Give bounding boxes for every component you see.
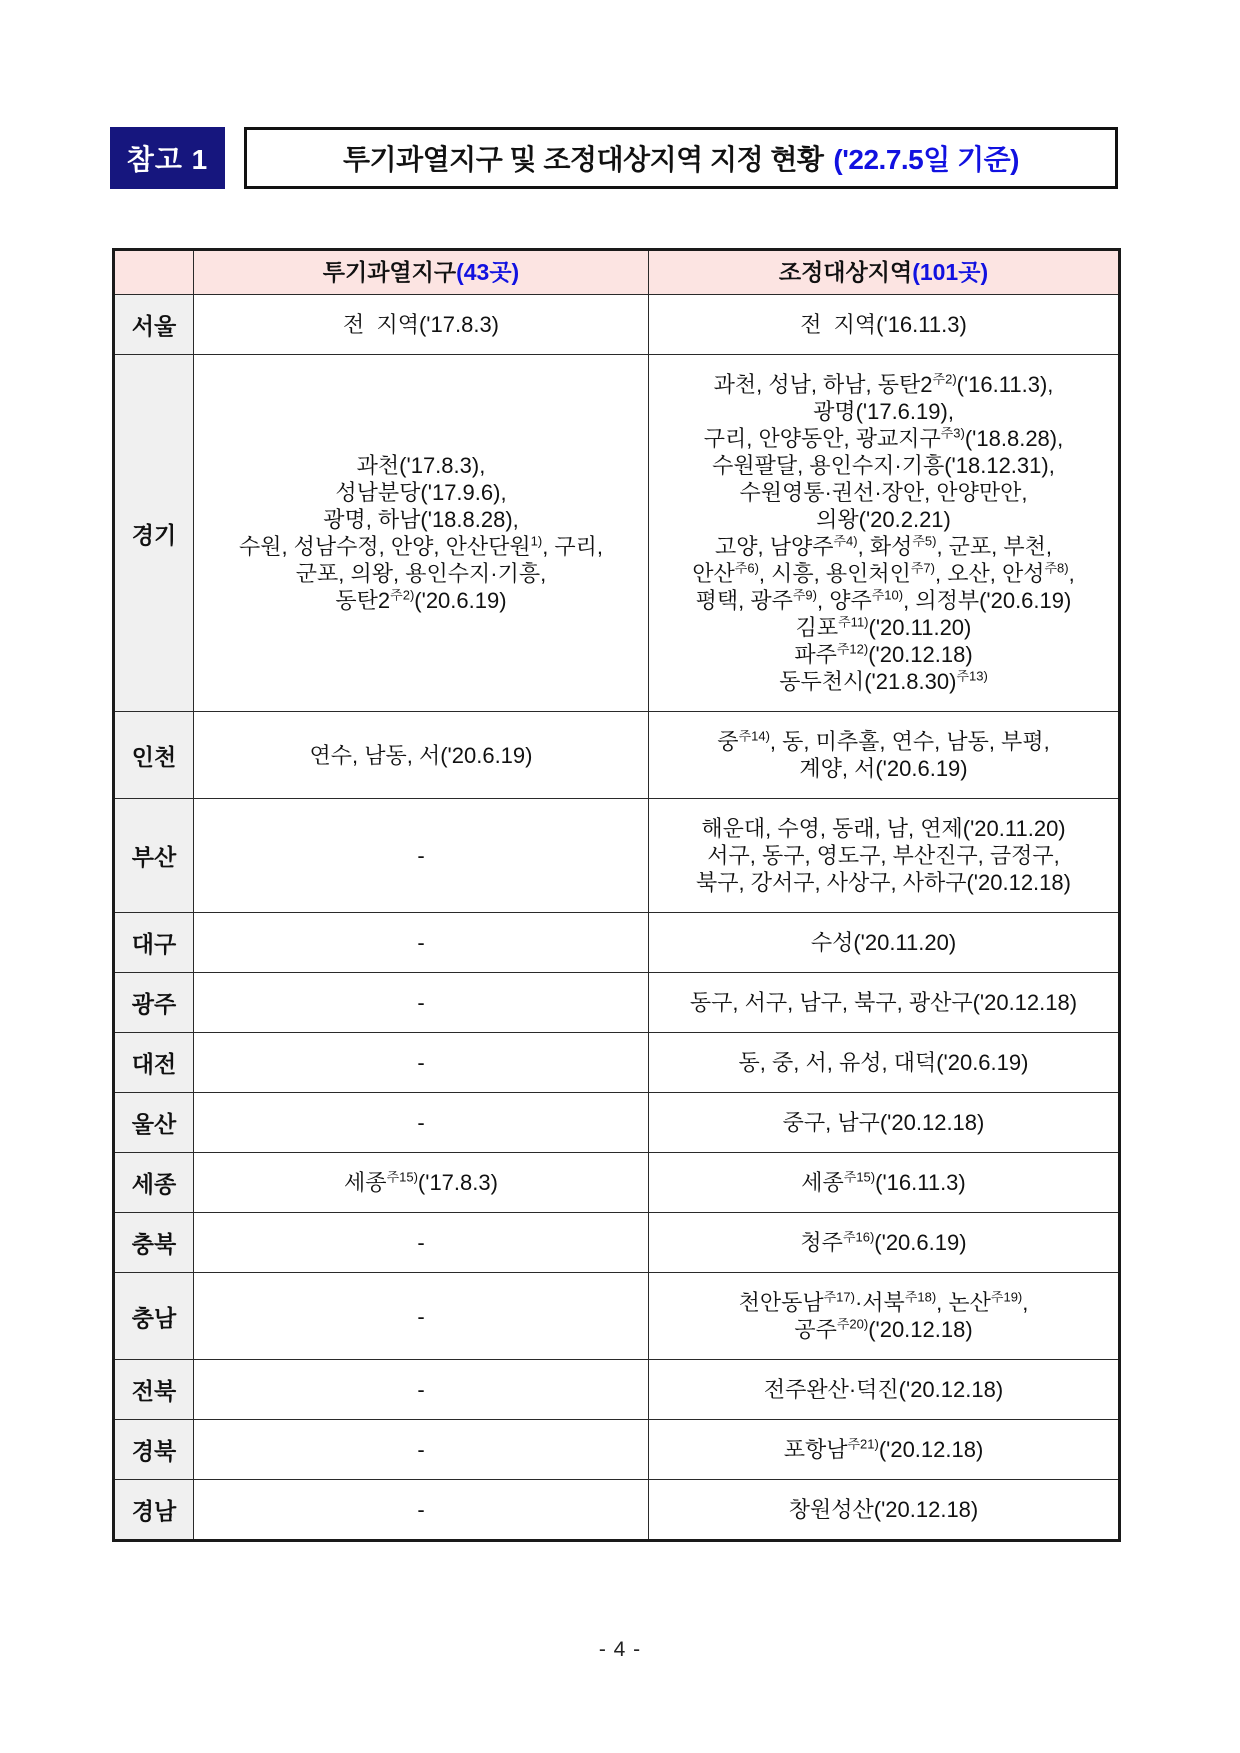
col-header-region: [114, 250, 194, 295]
cell-line: 안산주6), 시흥, 용인처인주7), 오산, 안성주8),: [655, 560, 1112, 587]
cell-line: 계양, 서('20.6.19): [655, 755, 1112, 782]
cell-line: 중구, 남구('20.12.18): [655, 1109, 1112, 1136]
adjustment-cell: 전 지역('16.11.3): [649, 295, 1120, 355]
cell-line: 구리, 안양동안, 광교지구주3)('18.8.28),: [655, 425, 1112, 452]
overheated-cell: 과천('17.8.3),성남분당('17.9.6),광명, 하남('18.8.2…: [194, 355, 649, 712]
table-header-row: 투기과열지구(43곳) 조정대상지역(101곳): [114, 250, 1120, 295]
cell-line: -: [200, 1436, 642, 1463]
overheated-cell: -: [194, 1033, 649, 1093]
table-row: 서울전 지역('17.8.3)전 지역('16.11.3): [114, 295, 1120, 355]
table-row: 인천연수, 남동, 서('20.6.19)중주14), 동, 미추홀, 연수, …: [114, 712, 1120, 799]
document-page: 참고 1 투기과열지구 및 조정대상지역 지정 현황 ('22.7.5일 기준)…: [0, 0, 1240, 1753]
cell-line: 동, 중, 서, 유성, 대덕('20.6.19): [655, 1049, 1112, 1076]
overheated-cell: -: [194, 913, 649, 973]
region-label: 울산: [114, 1093, 194, 1153]
overheated-cell: 연수, 남동, 서('20.6.19): [194, 712, 649, 799]
cell-line: -: [200, 929, 642, 956]
region-label: 충북: [114, 1213, 194, 1273]
cell-line: 과천, 성남, 하남, 동탄2주2)('16.11.3),: [655, 371, 1112, 398]
adjustment-cell: 수성('20.11.20): [649, 913, 1120, 973]
overheated-cell: -: [194, 799, 649, 913]
region-label: 경북: [114, 1420, 194, 1480]
table-body: 서울전 지역('17.8.3)전 지역('16.11.3)경기과천('17.8.…: [114, 295, 1120, 1541]
cell-line: 수원팔달, 용인수지·기흥('18.12.31),: [655, 452, 1112, 479]
cell-line: 수원영통·권선·장안, 안양만안,: [655, 479, 1112, 506]
region-label: 충남: [114, 1273, 194, 1360]
region-label: 경남: [114, 1480, 194, 1541]
table-row: 부산-해운대, 수영, 동래, 남, 연제('20.11.20)서구, 동구, …: [114, 799, 1120, 913]
cell-line: 수원, 성남수정, 안양, 안산단원1), 구리,: [200, 533, 642, 560]
cell-line: -: [200, 1303, 642, 1330]
cell-line: 동두천시('21.8.30)주13): [655, 668, 1112, 695]
cell-line: 파주주12)('20.12.18): [655, 641, 1112, 668]
adjustment-cell: 창원성산('20.12.18): [649, 1480, 1120, 1541]
cell-line: 과천('17.8.3),: [200, 452, 642, 479]
cell-line: 고양, 남양주주4), 화성주5), 군포, 부천,: [655, 533, 1112, 560]
col-header-adjustment-count: (101곳): [912, 259, 988, 285]
cell-line: 연수, 남동, 서('20.6.19): [200, 742, 642, 769]
adjustment-cell: 중구, 남구('20.12.18): [649, 1093, 1120, 1153]
cell-line: 공주주20)('20.12.18): [655, 1316, 1112, 1343]
page-number: - 4 -: [0, 1638, 1240, 1662]
region-label: 부산: [114, 799, 194, 913]
cell-line: 중주14), 동, 미추홀, 연수, 남동, 부평,: [655, 728, 1112, 755]
table-row: 대전-동, 중, 서, 유성, 대덕('20.6.19): [114, 1033, 1120, 1093]
region-label: 대구: [114, 913, 194, 973]
cell-line: -: [200, 842, 642, 869]
overheated-cell: -: [194, 1420, 649, 1480]
cell-line: 서구, 동구, 영도구, 부산진구, 금정구,: [655, 842, 1112, 869]
table-row: 광주-동구, 서구, 남구, 북구, 광산구('20.12.18): [114, 973, 1120, 1033]
cell-line: 창원성산('20.12.18): [655, 1496, 1112, 1523]
cell-line: 전 지역('16.11.3): [655, 311, 1112, 338]
overheated-cell: -: [194, 1273, 649, 1360]
cell-line: -: [200, 1109, 642, 1136]
cell-line: 광명('17.6.19),: [655, 398, 1112, 425]
cell-line: 동구, 서구, 남구, 북구, 광산구('20.12.18): [655, 989, 1112, 1016]
table-row: 전북-전주완산·덕진('20.12.18): [114, 1360, 1120, 1420]
cell-line: 성남분당('17.9.6),: [200, 479, 642, 506]
adjustment-cell: 전주완산·덕진('20.12.18): [649, 1360, 1120, 1420]
cell-line: 의왕('20.2.21): [655, 506, 1112, 533]
overheated-cell: -: [194, 973, 649, 1033]
region-label: 전북: [114, 1360, 194, 1420]
table-row: 경기과천('17.8.3),성남분당('17.9.6),광명, 하남('18.8…: [114, 355, 1120, 712]
adjustment-cell: 동구, 서구, 남구, 북구, 광산구('20.12.18): [649, 973, 1120, 1033]
cell-line: 수성('20.11.20): [655, 929, 1112, 956]
cell-line: -: [200, 1229, 642, 1256]
table-row: 대구-수성('20.11.20): [114, 913, 1120, 973]
region-label: 광주: [114, 973, 194, 1033]
cell-line: 전주완산·덕진('20.12.18): [655, 1376, 1112, 1403]
cell-line: 해운대, 수영, 동래, 남, 연제('20.11.20): [655, 815, 1112, 842]
adjustment-cell: 중주14), 동, 미추홀, 연수, 남동, 부평,계양, 서('20.6.19…: [649, 712, 1120, 799]
cell-line: 김포주11)('20.11.20): [655, 614, 1112, 641]
title-date: ('22.7.5일 기준): [833, 138, 1019, 178]
table-row: 경남-창원성산('20.12.18): [114, 1480, 1120, 1541]
cell-line: 세종주15)('16.11.3): [655, 1169, 1112, 1196]
col-header-overheated-count: (43곳): [456, 259, 519, 285]
region-label: 경기: [114, 355, 194, 712]
page-title: 투기과열지구 및 조정대상지역 지정 현황: [343, 138, 823, 178]
region-label: 인천: [114, 712, 194, 799]
col-header-overheated: 투기과열지구(43곳): [194, 250, 649, 295]
document-header: 참고 1 투기과열지구 및 조정대상지역 지정 현황 ('22.7.5일 기준): [110, 127, 1118, 189]
cell-line: 포항남주21)('20.12.18): [655, 1436, 1112, 1463]
cell-line: -: [200, 1049, 642, 1076]
adjustment-cell: 과천, 성남, 하남, 동탄2주2)('16.11.3),광명('17.6.19…: [649, 355, 1120, 712]
col-header-adjustment-label: 조정대상지역: [779, 259, 912, 285]
table-row: 울산-중구, 남구('20.12.18): [114, 1093, 1120, 1153]
region-label: 대전: [114, 1033, 194, 1093]
adjustment-cell: 청주주16)('20.6.19): [649, 1213, 1120, 1273]
reference-badge: 참고 1: [110, 127, 225, 189]
adjustment-cell: 동, 중, 서, 유성, 대덕('20.6.19): [649, 1033, 1120, 1093]
designation-table: 투기과열지구(43곳) 조정대상지역(101곳) 서울전 지역('17.8.3)…: [112, 248, 1121, 1542]
table-row: 충남-천안동남주17)·서북주18), 논산주19),공주주20)('20.12…: [114, 1273, 1120, 1360]
overheated-cell: 세종주15)('17.8.3): [194, 1153, 649, 1213]
adjustment-cell: 천안동남주17)·서북주18), 논산주19),공주주20)('20.12.18…: [649, 1273, 1120, 1360]
table-row: 충북-청주주16)('20.6.19): [114, 1213, 1120, 1273]
table-row: 경북-포항남주21)('20.12.18): [114, 1420, 1120, 1480]
cell-line: 세종주15)('17.8.3): [200, 1169, 642, 1196]
overheated-cell: -: [194, 1213, 649, 1273]
col-header-overheated-label: 투기과열지구: [323, 259, 456, 285]
adjustment-cell: 해운대, 수영, 동래, 남, 연제('20.11.20)서구, 동구, 영도구…: [649, 799, 1120, 913]
cell-line: 청주주16)('20.6.19): [655, 1229, 1112, 1256]
cell-line: 전 지역('17.8.3): [200, 311, 642, 338]
cell-line: 동탄2주2)('20.6.19): [200, 587, 642, 614]
cell-line: -: [200, 1496, 642, 1523]
title-box: 투기과열지구 및 조정대상지역 지정 현황 ('22.7.5일 기준): [244, 127, 1118, 189]
cell-line: -: [200, 1376, 642, 1403]
table-row: 세종세종주15)('17.8.3)세종주15)('16.11.3): [114, 1153, 1120, 1213]
cell-line: 군포, 의왕, 용인수지·기흥,: [200, 560, 642, 587]
cell-line: 광명, 하남('18.8.28),: [200, 506, 642, 533]
cell-line: 북구, 강서구, 사상구, 사하구('20.12.18): [655, 869, 1112, 896]
region-label: 서울: [114, 295, 194, 355]
cell-line: 천안동남주17)·서북주18), 논산주19),: [655, 1289, 1112, 1316]
overheated-cell: 전 지역('17.8.3): [194, 295, 649, 355]
cell-line: -: [200, 989, 642, 1016]
adjustment-cell: 세종주15)('16.11.3): [649, 1153, 1120, 1213]
overheated-cell: -: [194, 1480, 649, 1541]
overheated-cell: -: [194, 1360, 649, 1420]
overheated-cell: -: [194, 1093, 649, 1153]
adjustment-cell: 포항남주21)('20.12.18): [649, 1420, 1120, 1480]
region-label: 세종: [114, 1153, 194, 1213]
col-header-adjustment: 조정대상지역(101곳): [649, 250, 1120, 295]
cell-line: 평택, 광주주9), 양주주10), 의정부('20.6.19): [655, 587, 1112, 614]
